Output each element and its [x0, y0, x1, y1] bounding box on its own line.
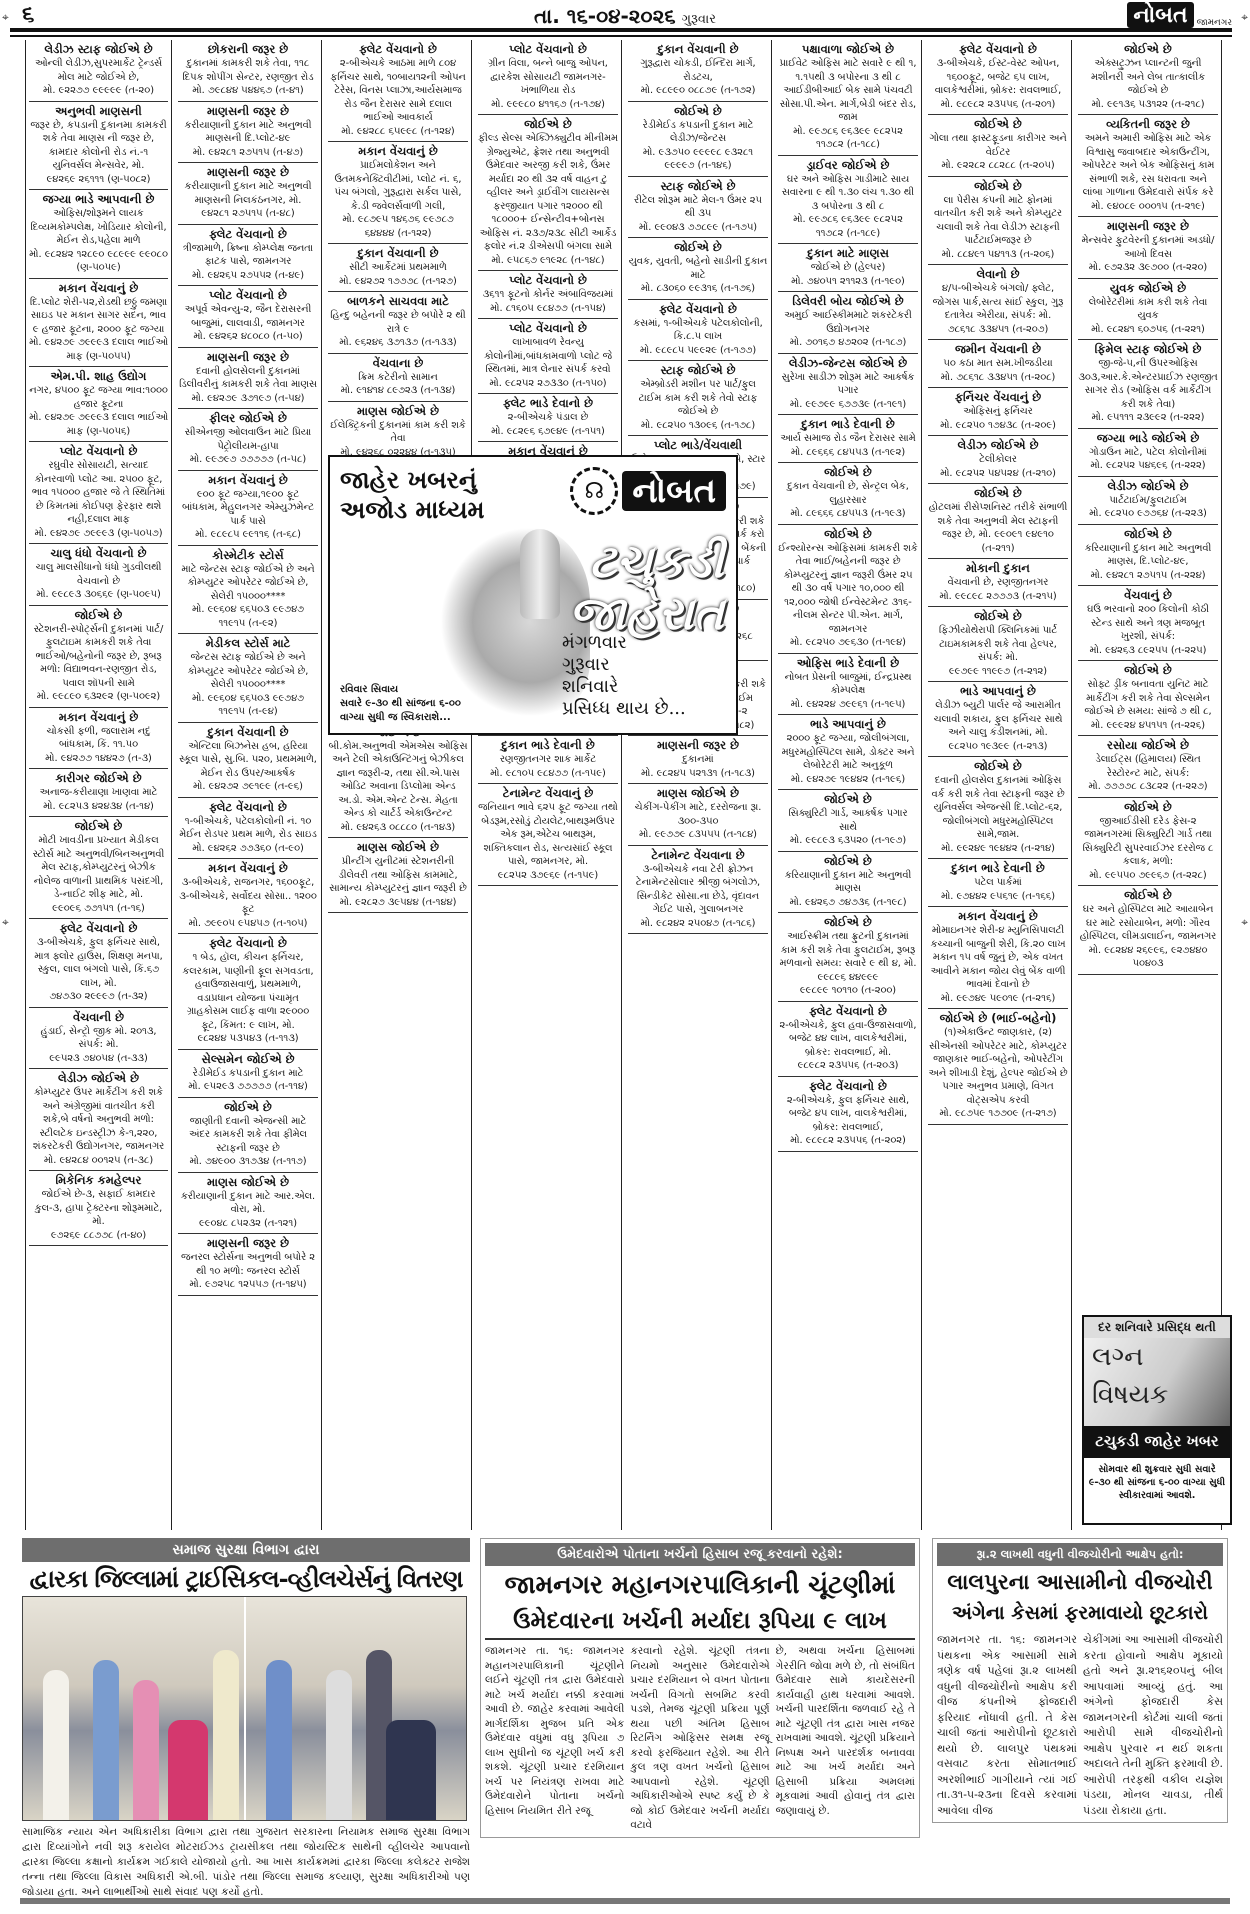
classified-ad: મકાન વેંચવાનું છે૯૦૦ ફૂટ જગ્યા,૧૯૦૦ ફૂટ … — [178, 471, 318, 546]
ad-heading: સ્ટાફ જોઈએ છે — [628, 179, 768, 194]
ad-contact: મો. ૯૯૮૯૩ ૬૩૫૨૦ (ત-૧૯૭) — [778, 834, 918, 848]
ad-heading: જોઈએ છે — [928, 759, 1068, 774]
ad-body: દુકાનમાં — [628, 753, 768, 767]
ad-contact: ૯૯૮૯૯ ૧૦૧૧૦ (ત-૨૦૦) — [778, 984, 918, 998]
ad-heading: પ્લોટ વેંચવાનો છે — [29, 444, 168, 459]
ad-heading: અનુભવી માણસની — [29, 104, 168, 119]
ad-heading: મકાન વેંચવાનું છે — [29, 710, 168, 725]
ad-contact: મો. ૮૯૬૬૬ ૮૪૫૫૩ (ત-૧૯૩) — [778, 507, 918, 521]
ad-body: ઈલેક્ટ્રિકની દુકાનમાં કામ કરી શકે તેવા — [328, 419, 468, 446]
ad-contact: મો. ૯૮૯૯૦ ૦૮૮૭૯ (ત-૧૭૨) — [628, 84, 768, 98]
ad-contact: મો. ૭૮૬૧૮ ૩૩૪૫૧ (ત-૨૦૮) — [928, 371, 1068, 385]
ad-body: ૪/૫-બીએચકે બંગલો/ ફ્લેટ, જોગસ પાર્ક,સત્ય… — [928, 282, 1068, 323]
ad-body: લા પેરીસ કંપની માટે ફોનમાં વાતચીત કરી શક… — [928, 194, 1068, 248]
classified-ad: જોઈએ છેહોટલમાં રીસેપ્શનિસ્ટ તરીકે સંભાળી… — [928, 484, 1068, 559]
ad-heading: ભાડે આપવાનું છે — [928, 684, 1068, 699]
ad-heading: જોઈએ છે — [628, 104, 768, 119]
article-body-column: છે, અથવા ખર્ચના હિસાબમાં ગેરરીતિ જોવા મળ… — [776, 1644, 915, 1833]
ad-body: ડેલાઈટ્સ (હિમાલય) સ્થિત રેસ્ટોરન્ટ માટે,… — [1078, 753, 1218, 780]
ad-heading: લેડીઝ જોઈએ છે — [928, 438, 1068, 453]
classified-ad: જગ્યા ભાડે આપવાની છેઓફિસ/શોરૂમને લાયક દિ… — [29, 190, 168, 279]
classified-ad: જોઈએ છેઆઈસ્ક્રીમ તથા ફ્રુટની દુકાનમાં કા… — [778, 913, 918, 1002]
ad-body: એમ્બ્રોડરી મશીન પર પાર્ટ/ફુલ ટાઈમ કામ કર… — [628, 378, 768, 419]
promo-note-line: સવારે ૯-૩૦ થી સાંજના ૬-૦૦ — [340, 697, 461, 711]
ad-body: દુકાનમાં કામકરી શકે તેવા, ૧૧૮ દિપક શોપીં… — [178, 57, 318, 84]
ad-contact: મો. ૮૯૬૬૬ ૮૪૫૫૩ (ત-૧૯૨) — [778, 446, 918, 460]
ad-heading: માણસ જોઈએ છે — [628, 786, 768, 801]
classified-column: દુકાન વેંચવાની છેગુરૂદ્વારા ચોકડી, ઈન્દિ… — [625, 40, 772, 1530]
classified-ad: જોઈએ છેએક્સટ્રુઝન પ્લાન્ટની જુની મશીનરી … — [1078, 40, 1218, 115]
registration-mark-icon: ⌖ — [1241, 915, 1248, 930]
classified-ad: ફીલર જોઈએ છેસીએનજી ઓલવાઉન માટે પ્રિયા પે… — [178, 409, 318, 471]
ad-body: ૯૦૦ ફૂટ જગ્યા,૧૯૦૦ ફૂટ બાંધકામ, મેહુલનગર… — [178, 488, 318, 529]
ad-heading: જોઈએ છે — [778, 854, 918, 869]
ad-contact: મો. ૯૫૨૯૩ ૭૭૭૭૭ (ત-૧૧૪) — [178, 1080, 318, 1094]
ad-contact: મો. ૭૦૧૬૭ ૪૭૨૦૨ (ત-૧૮૭) — [778, 336, 918, 350]
ad-body: ઓફિસ/શોરૂમને લાયક દિવ્યમકોમ્પલેક્ષ, ખોડિ… — [29, 207, 168, 248]
ad-heading: જોઈએ છે — [1078, 42, 1218, 57]
ad-heading: માણસ જોઈએ છે — [178, 1175, 318, 1190]
ad-contact: મો. ૭૯૯૦૫ ૯૫૪૫૭ (ત-૧૦૫) — [178, 917, 318, 931]
classified-ad: કારીગર જોઈએ છેઅનાજ-કરીયાણા ખાણવા માટેમો.… — [29, 769, 168, 817]
ad-heading: મકાન વેંચવાનું છે — [29, 281, 168, 296]
classified-ad: મેડીકલ સ્ટોર્સ માટેજેન્ટસ સ્ટાફ જોઈએ છે … — [178, 634, 318, 723]
ad-contact: મો. ૯૮૨૪૫ ૫૨૧૩૧ (ત-૧૮૩) — [628, 767, 768, 781]
ad-body: જી-જે-૫,ની ઉપરઓફિસ ૩૦૩,આર.કે.એન્ટરપ્રાઈઝ… — [1078, 357, 1218, 411]
classified-ad: ટેનામેન્ટ વેંચવાનું છેજનિયાન ભાવે ૬૨૫ ફૂ… — [478, 784, 618, 886]
ad-contact: મો. ૭૭૭૭૮ ૮૩૮૨૨ (ત-૨૨૭) — [1078, 780, 1218, 794]
ad-heading: ફ્લેટ વેંચવાનો છે — [628, 302, 768, 317]
classified-ad: દુકાન ભાડે દેવાની છેરણજીતનગર શાક માર્કેટ… — [478, 736, 618, 784]
wedding-title-2: વિષયક — [1092, 1378, 1168, 1412]
classified-ad: ફ્લેટ વેંચવાનો છે૨-બીએચકે, ફુલ હવા-ઉજાસવ… — [778, 1002, 918, 1077]
ad-contact: ૯૪૨૬૯ ૨૬૧૧૧ (ણ-૫૦૮૨) — [29, 173, 168, 187]
classified-ad: જોઈએ છેદુકાન વેંચવાની છે, સેન્ટ્રલ બેક, … — [778, 463, 918, 525]
ad-heading: લેડીઝ સ્ટાફ જોઈએ છે — [29, 42, 168, 57]
ad-contact: મો. ૯૮૨૯૬ ૬૭૯૪૯ (ત-૧૫૧) — [478, 425, 618, 439]
ad-contact: ૭૮૬૧૮ ૩૩૪૫૧ (ત-૨૦૭) — [928, 323, 1068, 337]
ad-heading: પ્લોટ વેંચવાનો છે — [178, 288, 318, 303]
ad-body: પ્રીન્ટીંગ યુનીટમાં સ્ટેશનરીની ડીલેવરી ત… — [328, 855, 468, 896]
ad-contact: ૯૮૯૮૨ ૨૩૫૫૬ (ત-૨૦૩) — [778, 1059, 918, 1073]
ad-contact: ૯૪૨૮૧ ૨૭૫૧૫ (ત-૪૮) — [178, 207, 318, 221]
ad-body: કરીયાણાની દુકાન માટે અનુભવી માણસની દિ.પ્… — [178, 119, 318, 146]
ad-heading: જોઈએ છે — [1078, 888, 1218, 903]
ad-contact: (ત-૨૧૧) — [928, 542, 1068, 556]
classified-ad: દુકાન વેંચવાની છેએન્ટિલા બિઝનેસ હબ, હરિય… — [178, 723, 318, 798]
ad-heading: મકાન વેંચવાનું છે — [178, 473, 318, 488]
classified-ad: મકાન વેંચવાનું છેચોકસી ફળી, જલારામ નદું … — [29, 708, 168, 770]
ad-heading: જોઈએ છે — [178, 1100, 318, 1115]
promo-headline: જાહેર ખબરનું અજોડ માધ્યમ — [340, 465, 540, 525]
ad-heading: ભાડે આપવાનું છે — [778, 717, 918, 732]
ad-body: ઘર અને ઓફિસ ગાડીમાટે સાય સવારના ૯ થી ૧.૩… — [778, 173, 918, 214]
ad-contact: મો. ૯૮૨૪૪ ૨૬૯૯૬, ૯૨૭૪૪૦ ૫૦૪૦૩ — [1078, 944, 1218, 971]
article-headline-2: ઉમેદવારના ખર્ચની મર્યાદા રૂપિયા ૯ લાખ — [485, 1604, 915, 1640]
ad-body: કોમ્પ્યુટર ઉપર માર્કેટીંગ કરી શકે અને અં… — [29, 1086, 168, 1154]
classified-ad: દુકાન ભાડે દેવાની છેપટેલ પાર્કમાંમો. ૯૭૪… — [928, 859, 1068, 907]
footer-rule — [20, 1898, 1230, 1904]
ad-heading: દુકાન વેંચવાની છે — [178, 725, 318, 740]
ad-body: (૧)એકાઉન્ટ જાણકાર, (૨) સીએનસી ઓપરેટર માટ… — [928, 1026, 1068, 1107]
wedding-note: સોમવાર થી શુક્રવાર સુધી સવારે ૯-૩૦ થી સા… — [1084, 1456, 1230, 1507]
ad-heading: માણસની જરૂર છે — [178, 165, 318, 180]
ad-heading: જોઈએ છે — [778, 915, 918, 930]
ad-contact: મો. ૯૮૨૫૨ ૫૪૫૨૪ (ત-૨૧૦) — [928, 467, 1068, 481]
ad-body: મોમાઇનગર શેરી-૪ મ્યુનિસિપાલટી કચ્ચાની બા… — [928, 924, 1068, 992]
ad-contact: મો. ૯૪૨૭૭ ૧૪૪૨૭ (ત-૩) — [29, 752, 168, 766]
ad-body: ગુરૂદ્વારા ચોકડી, ઈન્દિરા માર્ગ, રોડટચ, — [628, 57, 768, 84]
promo-note-line: રવિવાર સિવાય — [340, 683, 461, 697]
ad-contact: મો. ૯૪૨૭૨ ૧૭૭૭૮ (ત-૧૨૭) — [328, 275, 468, 289]
classified-ad: જોઈએ છેઘર અને હોસ્પિટલ માટે આયાબેન ઘર મા… — [1078, 886, 1218, 975]
ad-body: જોઈએ છે-૩, સફાઈ કામદાર કુલ-૩, હાપા ટ્રેક… — [29, 1188, 168, 1229]
classifieds-section: લેડીઝ સ્ટાફ જોઈએ છેઓન્લી લેડીઝ,સુપરમાર્ક… — [25, 40, 1225, 1530]
ad-heading: માણસની જરૂર છે — [178, 104, 318, 119]
classified-ad: ડિલેવરી બોય જોઈએ છેઅમુઈ આઈસ્કીમમાટે શંકર… — [778, 292, 918, 354]
promo-note-line: વાગ્યા સુધી જ સ્વિકારાશે... — [340, 711, 461, 725]
classified-ad: જોઈએ છેબી.કોમ.અનુભવી એમએસ ઓફિસ અને ટેલી … — [328, 723, 468, 839]
ad-heading: ફ્લેટ ભાડે દેવાનો છે — [478, 396, 618, 411]
ad-contact: મો. ૯૫૧૧૧ ૨૩૯૯૨ (ત-૨૨૨) — [1078, 411, 1218, 425]
wedding-classifieds-promo: દર શનિવારે પ્રસિદ્ધ થતી લગ્ન વિષયક ટચુકડ… — [1082, 1315, 1232, 1525]
ad-body: મેન્સવેર ફુટવેરની દુકાનમાં અડધો/આખો દિવસ — [1078, 234, 1218, 261]
ad-heading: વ્યકિતની જરૂર છે — [1078, 117, 1218, 132]
ad-heading: જોઈએ છે — [778, 465, 918, 480]
article-headline-1: લાલપુરના આસામીનો વીજચોરી — [937, 1566, 1223, 1598]
ad-contact: મો. ૯૪૦૮૯ ૦૦૦૧૫ (ત-૨૧૯) — [1078, 200, 1218, 214]
ad-contact: મો. ૯૪૨૬૩ ૦૮૮૮૦ (ત-૧૪૩) — [328, 821, 468, 835]
ad-contact: ૯૭૨૬૯ ૮૮૭૭૮ (ત-૪૦) — [29, 1229, 168, 1243]
masthead-name: નોબત — [1127, 2, 1193, 28]
ad-heading: કોસ્મેટીક સ્ટોર્સ — [178, 548, 318, 563]
classified-ad: સ્ટાફ જોઈએ છેએમ્બ્રોડરી મશીન પર પાર્ટ/ફુ… — [628, 361, 768, 436]
ad-body: ૧-બીએચકે, પટેલકોલોની નં. ૧૦ મેઈન રોડપર પ… — [178, 815, 318, 842]
ad-heading: મકાન વેંચવાનું છે — [178, 861, 318, 876]
classified-ad: જોઈએ છેકરિયાણાની દુકાન માટે અનુભવી માણસ,… — [1078, 525, 1218, 587]
classified-ad: જગ્યા ભાડે જોઈએ છેગોડાઉન માટે, પટેલ કોલો… — [1078, 429, 1218, 477]
ad-body: જેન્ટસ સ્ટાફ જોઈએ છે અને કોમ્પ્યુટર ઓપરે… — [178, 651, 318, 692]
drummer-logo-icon: ☊ — [570, 467, 618, 515]
ad-contact: મો. ૭૪૦૫૧ ૨૧૧૨૩ (ત-૧૯૦) — [778, 275, 918, 289]
ad-heading: રસોયા જોઈએ છે — [1078, 738, 1218, 753]
ad-body: વેંચવાની છે, રણજીતનગર — [928, 576, 1068, 590]
classified-ad: મકાન વેંચવાનું છેપ્રાઈમલોકેશન અને ઉતમકને… — [328, 142, 468, 244]
ad-body: લાખાબાવળ રેવન્યુ કોલોનીમાં,બાંધકામવાળો પ… — [478, 336, 618, 377]
ad-heading: મેડીકલ સ્ટોર્સ માટે — [178, 636, 318, 651]
classified-ad: મિકેનિક કમહેલ્પરજોઈએ છે-૩, સફાઈ કામદાર ક… — [29, 1171, 168, 1246]
ad-contact: ૯૮૨૫૨ ૩૭૯૬૯ (ત-૧૫૯) — [478, 869, 618, 883]
classified-ad: જોઈએ છેરેડીમેઈડ કપડાની દુકાન માટે લેડીઝ/… — [628, 102, 768, 177]
ad-body: દુકાન વેંચવાની છે, સેન્ટ્રલ બેક, લુહારસા… — [778, 480, 918, 507]
ad-contact: મો. ૯૯૭૮૬ ૯૬૩૯૯ ૯૮૨૫૨ ૧૧૭૮૨ (ત-૧૮૯) — [778, 213, 918, 240]
classified-ad: ફ્લેટ વેંચવાનો છે૧-બીએચકે, પટેલકોલોની નં… — [178, 798, 318, 860]
ad-body: માટે જેન્ટસ સ્ટાફ જોઈએ છે અને કોમ્પ્યુટર… — [178, 563, 318, 604]
classified-ad: જોઈએ છેફીલ્ડ સેલ્સ એક્ઝિક્યુટીવ મીનીમમ ગ… — [478, 115, 618, 271]
promo-day: પ્રસિધ્ધ થાય છે... — [562, 698, 686, 720]
ad-body: ૩૬૧૧ ફૂટનો કોર્નર અંબાવિજયમાં — [478, 288, 618, 302]
ad-heading: ફ્લેટ વેંચવાનો છે — [328, 42, 468, 57]
ad-contact: મો. ૯૪૨૭૯ ૭૯૯૯૩ દલાલ ભાઈઓ માફ (ણ-૫૦૫૫) — [29, 336, 168, 363]
ad-heading: ફ્લેટ વેંચવાનો છે — [928, 42, 1068, 57]
ad-body: ૨-બીએચકે, ફુલ ફર્નિચર સાથે, બજેટ ૪૫ લાખ,… — [778, 1094, 918, 1135]
ad-body: સીટી આર્કેટમાં પ્રથમમાળે — [328, 261, 468, 275]
classified-ad: માણસ જોઈએ છેઈલેક્ટ્રિકની દુકાનમાં કામ કર… — [328, 402, 468, 464]
classified-ad: જોઈએ છેકરિયાણાની દુકાન માટે અનુભવી માણસમ… — [778, 852, 918, 914]
ad-body: હિન્દુ બહેનની જરૂર છે બપોરે ૨ થી રાત્રે … — [328, 309, 468, 336]
classified-ad: બાળકને સાચવવા માટેહિન્દુ બહેનની જરૂર છે … — [328, 292, 468, 354]
ad-body: સીએનજી ઓલવાઉન માટે પ્રિયા પેટ્રોલીયમ-હાપ… — [178, 426, 318, 453]
ad-contact: મો. ૯૯૧૩૬ ૫૩૧૨૨ (ત-૨૧૮) — [1078, 98, 1218, 112]
promo-day: ગુરૂવાર — [562, 654, 686, 676]
article-wheelchair-distribution: સમાજ સુરક્ષા વિભાગ દ્વારા દ્વારકા જિલ્લા… — [22, 1538, 470, 1900]
classified-ad: વેંચવાના છેક્રિમ કટેરીનો સામાનમો. ૯૧૪૧૪ … — [328, 354, 468, 402]
ad-heading: યુવક જોઈએ છે — [1078, 281, 1218, 296]
classified-ad: માણસની જરૂર છેકરીયાણાની દુકાન માટે અનુભવ… — [178, 163, 318, 225]
classified-ad: દુકાન વેંચવાની છેસીટી આર્કેટમાં પ્રથમમાળ… — [328, 244, 468, 292]
ad-heading: ફ્લેટ વેંચવાનો છે — [29, 921, 168, 936]
promo-brand: ☊ નોબત — [570, 467, 726, 515]
ad-body: આર્ય સમાજ રોડ જૈન દેરાસર સામે — [778, 432, 918, 446]
ad-contact: મો. ૭૯૮૪૪ ૫૪૪૬૭ (ત-૪૧) — [178, 84, 318, 98]
ad-body: સ્ટેશનરી-સ્પોર્ટ્સની દુકાનમાં પાર્ટ/ફુલટ… — [29, 623, 168, 691]
article-headline-2: અંગેના કેસમાં ફરમાવાયો છૂટકારો — [937, 1598, 1223, 1628]
article-kicker: સમાજ સુરક્ષા વિભાગ દ્વારા — [22, 1538, 470, 1562]
ad-heading: જોઈએ છે — [29, 819, 168, 834]
header-rule — [10, 28, 1232, 32]
photo-panel-left — [23, 1597, 244, 1820]
ad-contact: મો. ૯૯૮૯૩ ૩૦૬૬૯ (ણ-૫૦૯૫) — [29, 588, 168, 602]
classified-ad: જોઈએ છેલા પેરીસ કંપની માટે ફોનમાં વાતચીત… — [928, 177, 1068, 266]
promo-brand-name: નોબત — [622, 471, 726, 511]
article-election-expense: ઉમેદવારોએ પોતાના ખર્ચનો હિસાબ રજૂ કરવાનો… — [480, 1538, 920, 1838]
ad-body: અપૂર્વ એવન્યુ-૨, જૈન દેરાસરની બાજુમાં, લ… — [178, 303, 318, 330]
ad-heading: મિકેનિક કમહેલ્પર — [29, 1173, 168, 1188]
classified-ad: જોઈએ છેસ્ટેશનરી-સ્પોર્ટ્સની દુકાનમાં પાર… — [29, 606, 168, 708]
ad-heading: જોઈએ છે — [1078, 663, 1218, 678]
ad-heading: મકાન વેંચવાનું છે — [928, 909, 1068, 924]
promo-title: ટચુકડી જાહેરાત — [554, 535, 724, 639]
wedding-couple-image: લગ્ન વિષયક — [1084, 1338, 1230, 1426]
ad-body: પાર્ટટાઈમ/ફુલટાઈમ — [1078, 494, 1218, 508]
ad-contact: મો. ૯૪૨૭૯ ૭૯૯૯૩ (ણ-૫૦૫૭) — [29, 527, 168, 541]
ad-contact: મો. ૯૯૨૪૯ ૧૯૪૪૨ (ત-૨૧૪) — [928, 842, 1068, 856]
ad-heading: લેડીઝ જોઈએ છે — [1078, 479, 1218, 494]
ad-contact: મો. ૯૬૨૪૬ ૩૭૧૩૭ (ત-૧૩૩) — [328, 336, 468, 350]
ad-body: હુંડાઈ, સેન્ટ્રો જીક મો. ૨૦૧૩, સંપર્ક: મ… — [29, 1025, 168, 1052]
article-kicker: રૂા.૨ લાખથી વધુની વીજચોરીનો આક્ષેપ હતો: — [937, 1543, 1223, 1566]
classified-ad: જોઈએ છેગોલા તથા ફાસ્ટફૂડના કારીગર અને વે… — [928, 115, 1068, 177]
ad-heading: જોઈએ છે — [478, 117, 618, 132]
ad-contact: ૯૯૦૯૬ ૭૭૧૫૧ (ત-૧૬) — [29, 902, 168, 916]
classified-ad: ચાલુ ધંધો વેંચવાનો છેચાલુ માલસીધાનો ધંધો… — [29, 544, 168, 606]
ad-contact: મો. ૯૪૨૮૧ ૨૭૫૧૫ (ત-૨૨૪) — [1078, 569, 1218, 583]
ad-contact: મો. ૯૯૬૦૪ ૬૬૫૦૩ ૯૯૭૪૭ ૧૧૯૧૫ (ત-૯૪) — [178, 692, 318, 719]
ad-contact: મો. ૮૧૬૦૫ ૯૮૪૭૭ (ત-૧૫૪) — [478, 302, 618, 316]
ad-heading: દુકાન ભાડે દેવાની છે — [478, 738, 618, 753]
ad-heading: માણસની જરૂર છે — [178, 1236, 318, 1251]
ad-heading: ડિલેવરી બોય જોઈએ છે — [778, 294, 918, 309]
ad-contact: મો. ૯૭૪૪૨ ૯૫૬૧૯ (ત-૧૬૬) — [928, 890, 1068, 904]
ad-contact: મો. ૯૪૨૬૫ ૨૭૫૫૨ (ત-૪૯) — [178, 269, 318, 283]
article-power-theft-case: રૂા.૨ લાખથી વધુની વીજચોરીનો આક્ષેપ હતો: … — [932, 1538, 1228, 1823]
ad-heading: જોઈએ છે (ભાઈ-બહેનો) — [928, 1011, 1068, 1026]
ad-contact: મો. ૯૪૨૬૨ ૭૭૩૬૦ (ત-૯૦) — [178, 842, 318, 856]
classified-ad: દુકાન ભાડે દેવાની છેઆર્ય સમાજ રોડ જૈન દે… — [778, 415, 918, 463]
ad-body: સોફ્ટ ડ્રીંક બનાવતા યુનિટ માટે માર્કેટીં… — [1078, 678, 1218, 719]
classified-ad: પ્લોટ વેંચવાનો છેઅપૂર્વ એવન્યુ-૨, જૈન દે… — [178, 286, 318, 348]
ad-heading: ડ્રાઈવર જોઈએ છે — [778, 158, 918, 173]
ad-heading: દુકાન વેંચવાની છે — [628, 42, 768, 57]
ad-body: સુરેખા સાડીઝ શોરૂમ માટે આકર્ષક પગાર — [778, 371, 918, 398]
ad-heading: માણસ જોઈએ છે — [328, 840, 468, 855]
ad-contact: ૯૯૫૨૩ ૭૪૦૫૪ (ત-૩૩) — [29, 1052, 168, 1066]
issue-date: તા. ૧૬-૦૪-૨૦૨૬ — [534, 4, 675, 28]
ad-body: એન્ટિલા બિઝનેસ હબ, હરિયા સ્કૂલ પાસે, સુ.… — [178, 740, 318, 781]
ad-body: ગોલા તથા ફાસ્ટફૂડના કારીગર અને વેઈટર — [928, 132, 1068, 159]
ad-heading: પ્લોટ વેંચવાનો છે — [478, 42, 618, 57]
ad-body: જાણીતી દવાની એજન્સી માટે અંદર કામકરી શકે… — [178, 1115, 318, 1156]
classified-ad: જોઈએ છેમોટી ખાવડીના પ્રખ્યાત મેડીકલ સ્ટો… — [29, 817, 168, 919]
ad-body: રઘુવીર સોસાયટી, સત્યાદ કોનરવાળો પ્લોટ આ.… — [29, 459, 168, 527]
classified-ad: જોઈએ છેદવાની હોલસેલ દુકાનમાં ઓફિસ વર્ક ક… — [928, 757, 1068, 859]
ad-body: ટેલીકોલર — [928, 453, 1068, 467]
ad-contact: મો. ૭૪૯૦૦ ૩૧૭૩૪ (ત-૧૧૭) — [178, 1155, 318, 1169]
ad-contact: મો. ૯૪૨૭૯ ૭૯૯૯૩ દલાલ ભાઈઓ માફ (ણ-૫૦૫૬) — [29, 411, 168, 438]
ad-body: કસમાં, ૧-બીએચકે પટેલકોલોની, કિ.૮.૫ લાખ — [628, 317, 768, 344]
ad-heading: દુકાન ભાડે દેવાની છે — [928, 861, 1068, 876]
ad-body: ઘર અને હોસ્પિટલ માટે આયાબેન ઘર માટે રસોય… — [1078, 903, 1218, 944]
ad-contact: મો. ૯૧૪૧૪ ૮૯૭૨૩ (ત-૧૩૪) — [328, 384, 468, 398]
classified-ad: લેડીઝ-જેન્ટસ જોઈએ છેસુરેખા સાડીઝ શોરૂમ મ… — [778, 354, 918, 416]
ad-contact: મો. ૯૪૨૭૯ ૧૯૪૪૨ (ત-૧૯૬) — [778, 773, 918, 787]
wedding-band: ટચુકડી જાહેર ખબર — [1084, 1426, 1230, 1456]
classified-ad: લેડીઝ જોઈએ છેકોમ્પ્યુટર ઉપર માર્કેટીંગ ક… — [29, 1069, 168, 1171]
ad-heading: મકાન વેંચવાનું છે — [328, 144, 468, 159]
classified-ad: સ્ટાફ જોઈએ છેરીટેલ શોરૂમ માટે મેલ-૧ ઉંમર… — [628, 177, 768, 239]
ad-heading: માણસની જરૂર છે — [1078, 219, 1218, 234]
ad-heading: જોઈએ છે — [628, 240, 768, 255]
ad-body: ફિઝીયોથેરાપી ક્લિનિકમાં પાર્ટ ટાઇમકામકરી… — [928, 624, 1068, 665]
ad-body: ૨૦૦૦ ફૂટ જગ્યા, જોલીબંગલા, મધુરમહોસ્પિટલ… — [778, 732, 918, 773]
ad-contact: મો. ૯૪૨૮૮ ૬૫૯૯૮ (ત-૧૨૪) — [328, 125, 468, 139]
ad-body: હોટલમાં રીસેપ્શનિસ્ટ તરીકે સંભાળી શકે તે… — [928, 501, 1068, 542]
ad-contact: મો. ૯૪૨૬૩ ૮૯૨૫૫ (ત-૨૨૫) — [1078, 644, 1218, 658]
classified-ad: ફ્લેટ વેંચવાનો છે૩-બીએચકે, ફુલ ફર્નિચર સ… — [29, 919, 168, 1008]
ad-heading: ફ્લેટ વેંચવાનો છે — [778, 1079, 918, 1094]
ad-contact: મો. ૯૯૭૮૬ ૯૬૩૯૯ ૯૮૨૫૨ ૧૧૭૮૨ (ત-૧૮૮) — [778, 125, 918, 152]
ad-body: ૨-બીએચકે, ફુલ હવા-ઉજાસવાળો, બજેટ ૪૪ લાખ,… — [778, 1019, 918, 1060]
article-body: સામાજિક ન્યાય એન અધિકારીકા વિભાગ દ્વારા … — [22, 1825, 470, 1900]
ad-heading: દુકાન ભાડે દેવાની છે — [778, 417, 918, 432]
ad-body: પ્રાઈવેટ ઓફિસ માટે સવારે ૯ થી ૧, ૧.૧૫થી … — [778, 57, 918, 125]
ad-body: કરીયાણાની દુકાન માટે અનુભવી માણસની નિલકં… — [178, 180, 318, 207]
classified-ad: વેંચવાનું છેઘઉ ભરવાનો ૨૦૦ કિલોની કોઠી સ્… — [1078, 586, 1218, 661]
ad-contact: મો. ૯૪૨૨૪ ૭૯૯૬૧ (ત-૧૯૫) — [778, 698, 918, 712]
ad-body: પ્રાઈમલોકેશન અને ઉતમકનેક્ટિવીટીમાં, પ્લો… — [328, 159, 468, 213]
classified-ad: અનુભવી માણસનીજરૂર છે, કપડાની દુકાનમા કામ… — [29, 102, 168, 191]
classified-ad: દુકાન વેંચવાની છેગુરૂદ્વારા ચોકડી, ઈન્દિ… — [628, 40, 768, 102]
registration-mark-icon: ⌖ — [2, 915, 9, 930]
promo-days: મંગળવાર ગુરૂવાર શનિવારે પ્રસિધ્ધ થાય છે.… — [562, 632, 686, 720]
classified-ad: ફ્લેટ ભાડે દેવાનો છે૨-બીએચકે પંડાલ છેમો.… — [478, 394, 618, 442]
ad-heading: ફ્લેટ વેંચવાનો છે — [178, 800, 318, 815]
classified-ad: જોઈએ છે (ભાઈ-બહેનો)(૧)એકાઉન્ટ જાણકાર, (૨… — [928, 1009, 1068, 1125]
classified-ad: મકાન વેંચવાનું છેદિ.પ્લોટ શેરી-૫૨,રોડથી … — [29, 279, 168, 368]
ad-body: ૧ બેડ, હૉલ, કીચન ફર્નિચર, કલરકામ, પાણીની… — [178, 951, 318, 1032]
promo-day: મંગળવાર — [562, 632, 686, 654]
ad-heading: સ્ટાફ જોઈએ છે — [628, 363, 768, 378]
classified-ad: ફ્લેટ વેંચવાનો છે૩-બીએચકે, ઈસ્ટ-વેસ્ટ ઓપ… — [928, 40, 1068, 115]
ad-heading: પ્લોટ ભાડે/વેંચવાથી — [628, 438, 768, 453]
classified-ad: માણસની જરૂર છેકરીયાણાની દુકાન માટે અનુભવ… — [178, 102, 318, 164]
ad-heading: ફ્લેટ વેંચવાનો છે — [178, 936, 318, 951]
ad-contact: મો. ૯૯૯૮૦ ૪૧૧૬૭ (ત-૧૭૪) — [478, 98, 618, 112]
header-rule — [10, 35, 1232, 37]
classified-column: પક્ષાવાળા જોઈએ છેપ્રાઈવેટ ઓફિસ માટે સવાર… — [775, 40, 922, 1530]
classified-ad: મોકાની દુકાનવેંચવાની છે, રણજીતનગરમો. ૯૯૮… — [928, 559, 1068, 607]
classified-ad: ટેનામેન્ટ વેંચવાના છે૩-બીએચકે નવા ટેરી ફ… — [628, 846, 768, 935]
ad-contact: મો. ૯૮૭૯૫ ૧૪૬૭૬ ૯૯૭૮૭ ૬૪૪૪૪ (ત-૧૨૨) — [328, 213, 468, 240]
classified-column: લેડીઝ સ્ટાફ જોઈએ છેઓન્લી લેડીઝ,સુપરમાર્ક… — [25, 40, 172, 1530]
masthead-city: જામનગર — [1197, 18, 1232, 28]
ad-contact: મો. ૮૮૪૯૧ ૫૪૧૧૩ (ત-૨૦૬) — [928, 248, 1068, 262]
ad-body: ઈન્શ્યોરન્સ ઓફિસમાં કામકરી શકે તેવા ભાઈ/… — [778, 542, 918, 637]
classified-ad: દુકાન માટે માણસજોઈએ છે (હેલ્પર)મો. ૭૪૦૫૧… — [778, 244, 918, 292]
ad-contact: મો. ૯૮૯૮૨ ૨૩૫૫૬ (ત-૨૦૧) — [928, 98, 1068, 112]
article-headline-1: જામનગર મહાનગરપાલિકાની ચૂંટણીમાં — [485, 1566, 915, 1604]
classifieds-promo-box: જાહેર ખબરનું અજોડ માધ્યમ ☊ નોબત ટચુકડી જ… — [328, 455, 738, 735]
ad-heading: ફીલર જોઈએ છે — [178, 411, 318, 426]
classified-ad: માણસની જરૂર છેદુકાનમાંમો. ૯૮૨૪૫ ૫૨૧૩૧ (ત… — [628, 736, 768, 784]
ad-contact: મો. ૯૮૨૫૦ ૧૩૦૯૬ (ત-૧૭૮) — [628, 419, 768, 433]
ad-heading: ફર્નિચર વેંચવાનું છે — [928, 390, 1068, 405]
ad-body: ચાલુ માલસીધાનો ધંધો ગુડવીલથી વેચવાનો છે — [29, 561, 168, 588]
ad-body: આઈસ્ક્રીમ તથા ફ્રુટની દુકાનમાં કામ કરી શ… — [778, 930, 918, 984]
ad-heading: જમીન વેંચવાની છે — [928, 342, 1068, 357]
ad-body: એક્સટ્રુઝન પ્લાન્ટની જુની મશીનરી અને લેબ… — [1078, 57, 1218, 98]
ad-heading: લેવાનો છે — [928, 267, 1068, 282]
ad-body: નોબત પ્રેસની બાજુમાં, ઈન્દ્રપ્રસ્થ કોમ્પ… — [778, 671, 918, 698]
classified-ad: લેડીઝ સ્ટાફ જોઈએ છેઓન્લી લેડીઝ,સુપરમાર્ક… — [29, 40, 168, 102]
classified-ad: એમ.પી. શાહ ઉદ્યોગનગર, ૪૫૦૦ ફૂટ જગ્યા ભાવ… — [29, 367, 168, 442]
ad-contact: મો. ૯૯૭૯૯ ૬૭૭૩૯ (ત-૧૯૧) — [778, 398, 918, 412]
promo-day: શનિવારે — [562, 676, 686, 698]
ad-heading: ઓફિસ ભાડે દેવાની છે — [778, 656, 918, 671]
article-kicker: ઉમેદવારોએ પોતાના ખર્ચનો હિસાબ રજૂ કરવાનો… — [485, 1543, 915, 1566]
classified-ad: છોકરાની જરૂર છેદુકાનમાં કામકરી શકે તેવા,… — [178, 40, 318, 102]
ad-body: ૫૦ કઠા માત સમ.ખીજડીયા — [928, 357, 1068, 371]
classified-ad: વેંચવાની છેહુંડાઈ, સેન્ટ્રો જીક મો. ૨૦૧૩… — [29, 1008, 168, 1070]
ad-contact: ૭૪૭૩૦ ૨૯૯૯૭ (ત-૩૨) — [29, 990, 168, 1004]
ad-heading: સેલ્સમેન જોઈએ છે — [178, 1052, 318, 1067]
ad-body: ઓફિસનું ફર્નિચર — [928, 405, 1068, 419]
classified-ad: ફિમેલ સ્ટાફ જોઈએ છેજી-જે-૫,ની ઉપરઓફિસ ૩૦… — [1078, 340, 1218, 429]
ad-contact: મો. ૯૮૯૮૫ ૫૯૯૨૯ (ત-૧૭૭) — [628, 344, 768, 358]
ad-contact: મો. ૯૮૨૫૦ ૧૭૪૩૮ (ત-૨૦૯) — [928, 419, 1068, 433]
ad-body: દિ.પ્લોટ શેરી-૫૨,રોડથી છઠ્ઠું જમણા સાઇડ … — [29, 296, 168, 337]
ad-contact: મો. ૯૩૭૫૦ ૯૯૯૯૮ ૯૩૨૮૧ ૯૯૯૯૭ (ત-૧૪૬) — [628, 146, 768, 173]
ad-heading: જગ્યા ભાડે જોઈએ છે — [1078, 431, 1218, 446]
ad-heading: જોઈએ છે — [928, 486, 1068, 501]
ad-body: સિક્યુરિટી ગાર્ડ, આકર્ષક પગાર સાથે — [778, 807, 918, 834]
ad-body: જોઈએ છે (હેલ્પર) — [778, 261, 918, 275]
ad-body: ૩-બીએચકે નવા ટેરી ફ્રોઝન ટેનામેન્ટસોલાર … — [628, 863, 768, 917]
ad-contact: મો. ૯૯૫૫૦ ૭૯૯૬૭ (ત-૨૨૮) — [1078, 869, 1218, 883]
ad-contact: મો. ૯૪૨૭૯ ૩૭૧૯૭ (ત-૫૪) — [178, 392, 318, 406]
ad-heading: ફ્લેટ વેંચવાનો છે — [178, 227, 318, 242]
ad-heading: માણસની જરૂર છે — [628, 738, 768, 753]
